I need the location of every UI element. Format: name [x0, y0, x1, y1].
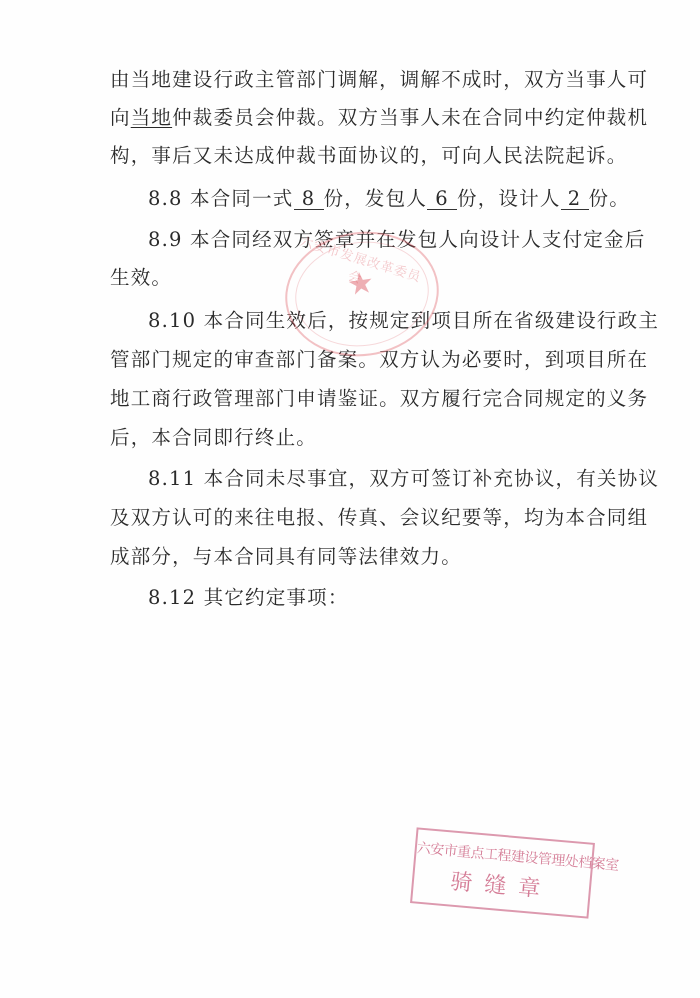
text-line: 生效。 [110, 266, 172, 290]
text-line: 地工商行政管理部门申请鉴证。双方履行完合同规定的义务 [110, 387, 648, 411]
star-icon: ★ [345, 265, 377, 303]
seam-stamp: 六安市重点工程建设管理处档案室 骑缝章 [410, 827, 595, 918]
text-line: 成部分，与本合同具有同等法律效力。 [110, 545, 462, 569]
text-line: 及双方认可的来往电报、传真、会议纪要等，均为本合同组 [110, 506, 648, 530]
text-line: 后，本合同即行终止。 [110, 426, 317, 450]
total-copies: 8 [294, 189, 324, 210]
text-line: 向当地仲裁委员会仲裁。双方当事人未在合同中约定仲裁机 [110, 106, 648, 130]
text-line: 构，事后又未达成仲裁书面协议的，可向人民法院起诉。 [110, 144, 628, 168]
text-line: 由当地建设行政主管部门调解，调解不成时，双方当事人可 [110, 68, 648, 92]
designer-copies: 2 [561, 189, 589, 210]
contract-page: 由当地建设行政主管部门调解，调解不成时，双方当事人可 向当地仲裁委员会仲裁。双方… [0, 0, 700, 998]
clause-8-8: 8.8 本合同一式8份，发包人6份，设计人2份。 [148, 187, 630, 211]
arbitration-place: 当地 [131, 106, 172, 129]
employer-copies: 6 [427, 189, 457, 210]
clause-8-12: 8.12 其它约定事项： [148, 586, 349, 610]
clause-8-11: 8.11 本合同未尽事宜，双方可签订补充协议，有关协议 [148, 467, 659, 491]
